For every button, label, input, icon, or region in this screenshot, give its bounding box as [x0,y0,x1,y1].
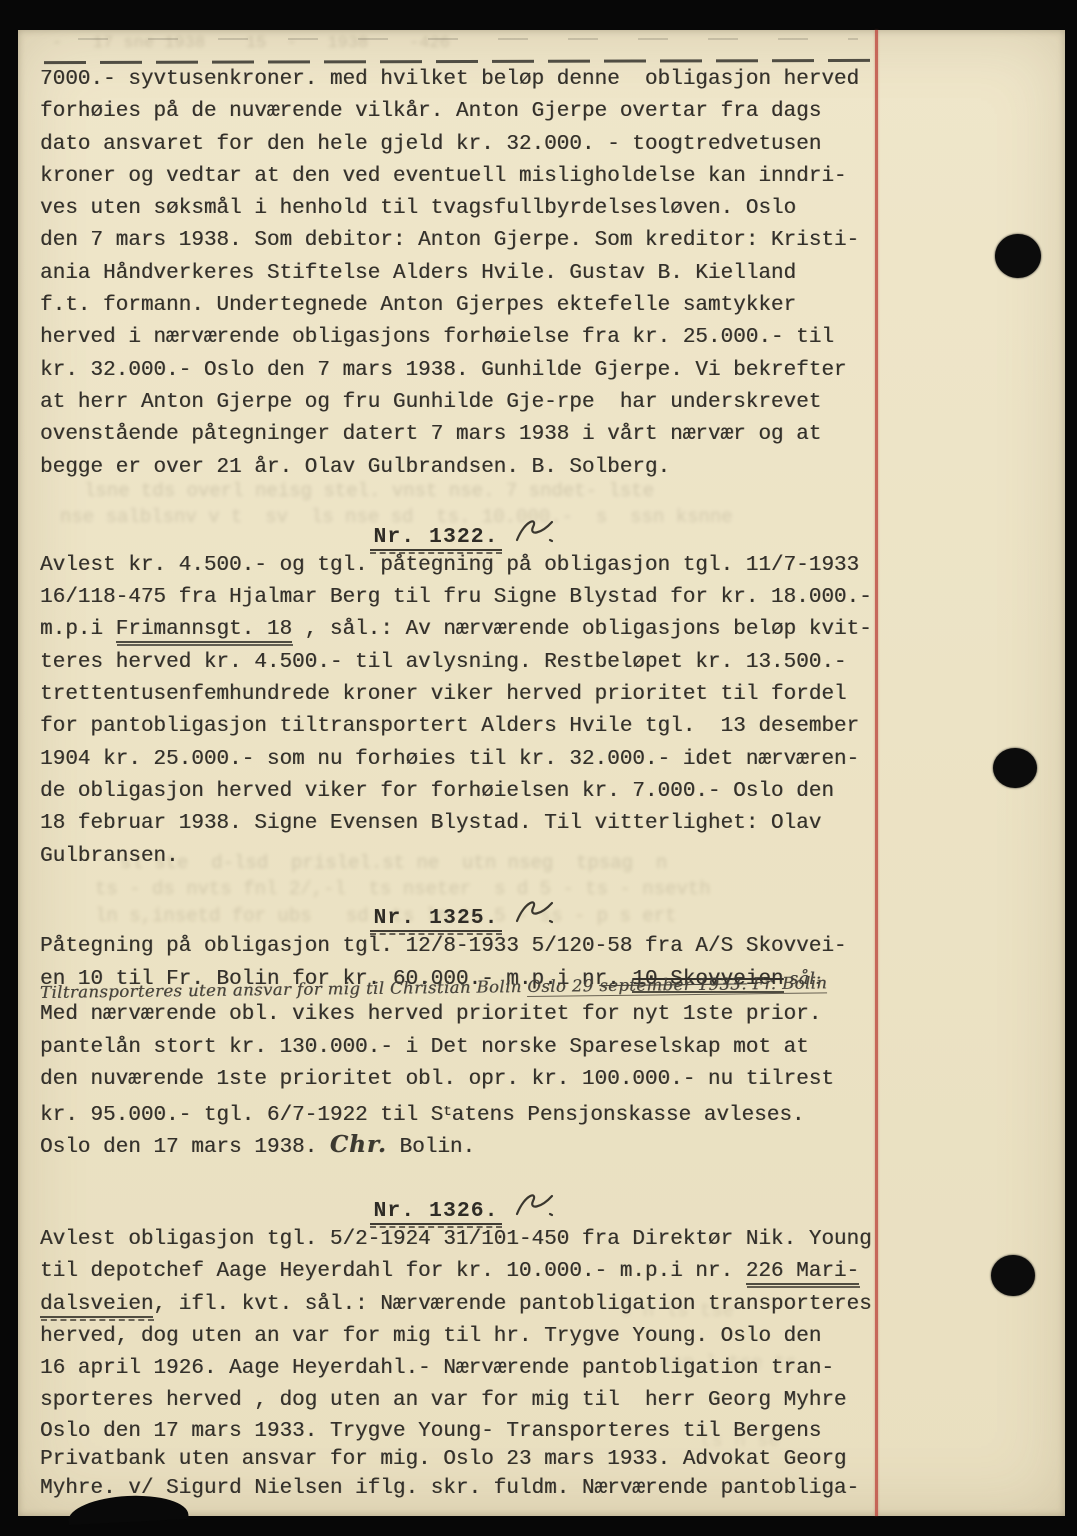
text-segment: 1904 kr. 25.000.- som nu forhøies til kr… [40,748,859,771]
text-segment: f.t. formann. Undertegnede Anton Gjerpes… [40,294,796,317]
text-segment: Avlest obligasjon tgl. 5/2-1924 31/101-4… [40,1228,872,1251]
flourish-mark [514,516,558,546]
binder-hole [995,234,1041,278]
section-heading: Nr. 1322. [40,516,888,550]
scan-frame: - 17 sne 1938 15 - 1938 -426lsne tds ove… [0,0,1077,1536]
typed-line: trettentusenfemhundrede kroner viker her… [40,679,888,711]
typed-line: ania Håndverkeres Stiftelse Alders Hvile… [40,258,888,290]
text-segment: Myhre. v/ Sigurd Nielsen iflg. skr. fuld… [40,1477,859,1500]
typed-line: Påtegning på obligasjon tgl. 12/8-1933 5… [40,931,888,963]
text-segment: for pantobligasjon tiltransportert Alder… [40,715,859,738]
typed-line: 18 februar 1938. Signe Evensen Blystad. … [40,808,888,840]
text-segment: Påtegning på obligasjon tgl. 12/8-1933 5… [40,935,847,958]
typed-line: 1904 kr. 25.000.- som nu forhøies til kr… [40,744,888,776]
typed-line: for pantobligasjon tiltransportert Alder… [40,711,888,743]
text-segment: Bolin. [387,1136,475,1159]
typed-line: at herr Anton Gjerpe og fru Gunhilde Gje… [40,387,888,419]
text-segment: kroner og vedtar at den ved eventuell mi… [40,165,847,188]
text-segment: t [443,1104,451,1120]
typed-line: Privatbank uten ansvar for mig. Oslo 23 … [40,1446,888,1475]
section-heading: Nr. 1326. [40,1190,888,1224]
section-heading-label: Nr. 1326. [370,1199,501,1225]
section-intro: 7000.- syvtusenkroner. med hvilket beløp… [40,64,888,484]
text-segment: de obligasjon herved viker for forhøiels… [40,780,834,803]
typed-line: sporteres herved , dog uten an var for m… [40,1385,888,1417]
typed-line: den 7 mars 1938. Som debitor: Anton Gjer… [40,225,888,257]
text-segment: atens Pensjonskasse avleses. [452,1104,805,1127]
text-segment: , ifl. kvt. sål.: Nærværende pantobligat… [153,1293,871,1316]
text-segment: dato ansvaret for den hele gjeld kr. 32.… [40,133,821,156]
typed-line: de obligasjon herved viker for forhøiels… [40,776,888,808]
section-heading-label: Nr. 1325. [370,906,501,932]
section-heading: Nr. 1325. [40,897,888,931]
text-segment: 16 april 1926. Aage Heyerdahl.- Nærværen… [40,1357,834,1380]
section-nr-1326: Nr. 1326.Avlest obligasjon tgl. 5/2-1924… [40,1190,888,1504]
handwritten-signature: Chr. [330,1131,387,1158]
typed-line: m.p.i Frimannsgt. 18 , sål.: Av nærværen… [40,614,888,646]
text-segment: teres herved kr. 4.500.- til avlysning. … [40,651,847,674]
text-segment: Oslo den 17 mars 1933. Trygve Young- Tra… [40,1420,821,1443]
text-segment: kr. 95.000.- tgl. 6/7-1922 til S [40,1104,443,1127]
typed-line: den nuværende 1ste prioritet obl. opr. k… [40,1064,888,1096]
text-segment: 7000.- syvtusenkroner. med hvilket beløp… [40,68,859,91]
binder-hole [993,748,1037,788]
typed-line: Gulbransen. [40,841,888,873]
text-flow: 7000.- syvtusenkroner. med hvilket beløp… [40,64,888,1503]
typed-line: herved i nærværende obligasjons forhøiel… [40,322,888,354]
typed-line: kr. 95.000.- tgl. 6/7-1922 til Statens P… [40,1096,888,1128]
typed-line: begge er over 21 år. Olav Gulbrandsen. B… [40,452,888,484]
bleedthrough-smudge: - 17 sne 1938 15 - 1938 -426 [52,34,450,53]
typed-line: forhøies på de nuværende vilkår. Anton G… [40,96,888,128]
text-segment: m.p.i [40,618,116,641]
section-nr-1325: Nr. 1325.Påtegning på obligasjon tgl. 12… [40,897,888,1161]
text-segment: pantelån stort kr. 130.000.- i Det norsk… [40,1036,809,1059]
flourish-mark [514,1190,558,1220]
typed-line: teres herved kr. 4.500.- til avlysning. … [40,647,888,679]
typed-line: Oslo den 17 mars 1938. Chr. Bolin. [40,1129,888,1161]
text-segment: Gulbransen. [40,845,179,868]
text-segment: Oslo den 17 mars 1938. [40,1136,330,1159]
text-segment: Med nærværende obl. vikes herved priorit… [40,1003,821,1026]
typed-line: til depotchef Aage Heyerdahl for kr. 10.… [40,1256,888,1288]
text-segment: sporteres herved , dog uten an var for m… [40,1389,847,1412]
typed-line: Oslo den 17 mars 1933. Trygve Young- Tra… [40,1418,888,1447]
typed-line: Med nærværende obl. vikes herved priorit… [40,999,888,1031]
typed-line: f.t. formann. Undertegnede Anton Gjerpes… [40,290,888,322]
text-segment: Fr. Bolin [747,974,828,995]
text-segment: ves uten søksmål i henhold til tvagsfull… [40,197,796,220]
text-segment: trettentusenfemhundrede kroner viker her… [40,683,847,706]
text-segment: Oslo 29 [527,977,599,998]
typed-line: 16/118-475 fra Hjalmar Berg til fru Sign… [40,582,888,614]
section-nr-1322: Nr. 1322.Avlest kr. 4.500.- og tgl. påte… [40,516,888,873]
text-segment: kr. 32.000.- Oslo den 7 mars 1938. Gunhi… [40,359,847,382]
flourish-mark [514,897,558,927]
text-segment: ania Håndverkeres Stiftelse Alders Hvile… [40,262,796,285]
text-segment: Privatbank uten ansvar for mig. Oslo 23 … [40,1448,847,1471]
paper: - 17 sne 1938 15 - 1938 -426lsne tds ove… [18,30,1065,1516]
typed-line: pantelån stort kr. 130.000.- i Det norsk… [40,1032,888,1064]
text-segment: ovenstående påtegninger datert 7 mars 19… [40,423,821,446]
typed-line: kr. 32.000.- Oslo den 7 mars 1938. Gunhi… [40,355,888,387]
text-segment: den 7 mars 1938. Som debitor: Anton Gjer… [40,229,859,252]
text-segment: at herr Anton Gjerpe og fru Gunhilde Gje… [40,391,821,414]
typed-line: Avlest kr. 4.500.- og tgl. påtegning på … [40,550,888,582]
section-heading-label: Nr. 1322. [370,525,501,551]
typed-line: ovenstående påtegninger datert 7 mars 19… [40,419,888,451]
text-segment: 18 februar 1938. Signe Evensen Blystad. … [40,812,821,835]
text-segment: Avlest kr. 4.500.- og tgl. påtegning på … [40,554,859,577]
red-margin-line [875,30,878,1516]
typed-line: 16 april 1926. Aage Heyerdahl.- Nærværen… [40,1353,888,1385]
text-segment: begge er over 21 år. Olav Gulbrandsen. B… [40,456,670,479]
text-segment: til depotchef Aage Heyerdahl for kr. 10.… [40,1260,746,1283]
text-segment: september 1933. [599,975,747,997]
typed-line: kroner og vedtar at den ved eventuell mi… [40,161,888,193]
text-segment: 16/118-475 fra Hjalmar Berg til fru Sign… [40,586,872,609]
binder-hole [991,1255,1035,1296]
bleedthrough-ruled-line [78,38,858,40]
text-segment: herved, dog uten an var for mig til hr. … [40,1325,821,1348]
text-segment: Frimannsgt. 18 [116,618,292,643]
typed-line: Avlest obligasjon tgl. 5/2-1924 31/101-4… [40,1224,888,1256]
typed-line: 7000.- syvtusenkroner. med hvilket beløp… [40,64,888,96]
typed-line: dalsveien, ifl. kvt. sål.: Nærværende pa… [40,1289,888,1321]
text-segment: , sål.: Av nærværende obligasjons beløp … [292,618,872,641]
typed-line: ves uten søksmål i henhold til tvagsfull… [40,193,888,225]
text-segment: dalsveien [40,1293,153,1318]
typed-line: herved, dog uten an var for mig til hr. … [40,1321,888,1353]
text-segment: herved i nærværende obligasjons forhøiel… [40,326,834,349]
typed-line: dato ansvaret for den hele gjeld kr. 32.… [40,129,888,161]
text-segment: 226 Mari- [746,1260,859,1285]
text-segment: den nuværende 1ste prioritet obl. opr. k… [40,1068,834,1091]
text-segment: forhøies på de nuværende vilkår. Anton G… [40,100,821,123]
